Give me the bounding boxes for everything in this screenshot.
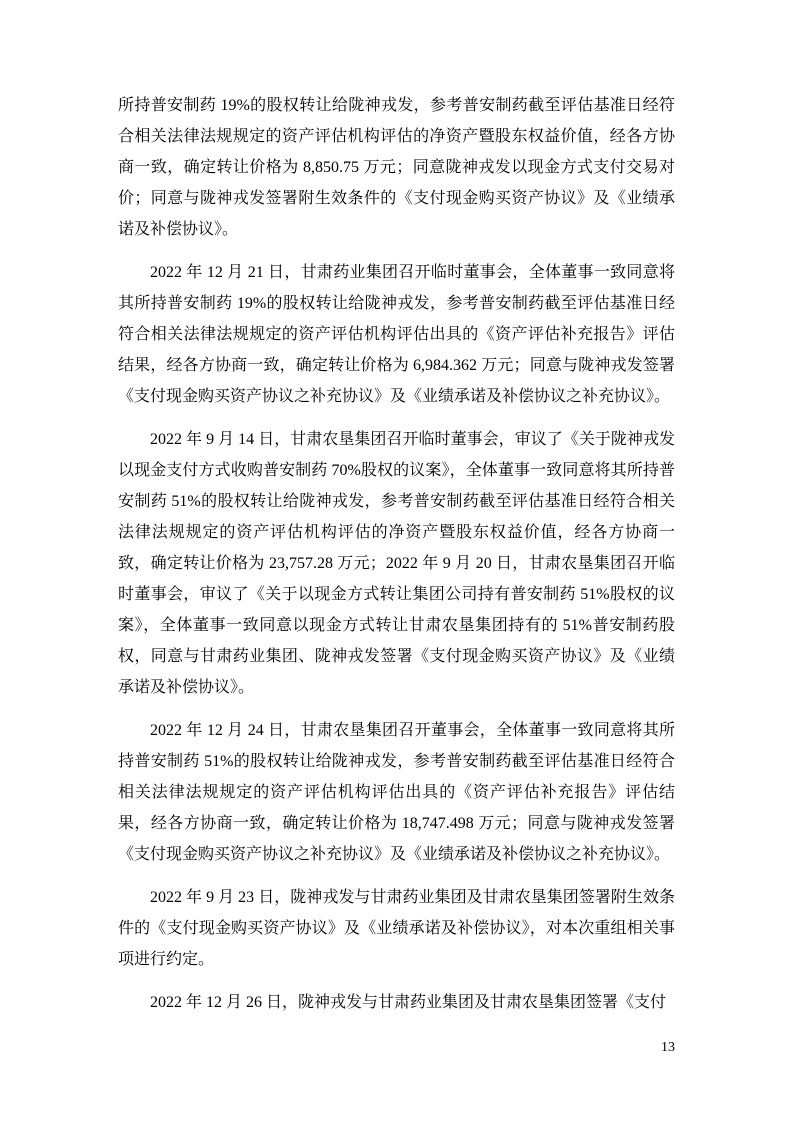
paragraph: 2022 年 12 月 24 日，甘肃农垦集团召开董事会，全体董事一致同意将其所… [118, 715, 675, 870]
paragraph: 2022 年 12 月 26 日，陇神戎发与甘肃药业集团及甘肃农垦集团签署《支付 [118, 987, 675, 1018]
paragraph: 所持普安制药 19%的股权转让给陇神戎发，参考普安制药截至评估基准日经符合相关法… [118, 90, 675, 245]
paragraph: 2022 年 9 月 23 日，陇神戎发与甘肃药业集团及甘肃农垦集团签署附生效条… [118, 882, 675, 975]
page-number: 13 [661, 1038, 675, 1058]
paragraph: 2022 年 12 月 21 日，甘肃药业集团召开临时董事会，全体董事一致同意将… [118, 257, 675, 412]
document-body: 所持普安制药 19%的股权转让给陇神戎发，参考普安制药截至评估基准日经符合相关法… [118, 90, 675, 1030]
paragraph: 2022 年 9 月 14 日，甘肃农垦集团召开临时董事会，审议了《关于陇神戎发… [118, 424, 675, 703]
document-page: 所持普安制药 19%的股权转让给陇神戎发，参考普安制药截至评估基准日经符合相关法… [0, 0, 793, 1122]
